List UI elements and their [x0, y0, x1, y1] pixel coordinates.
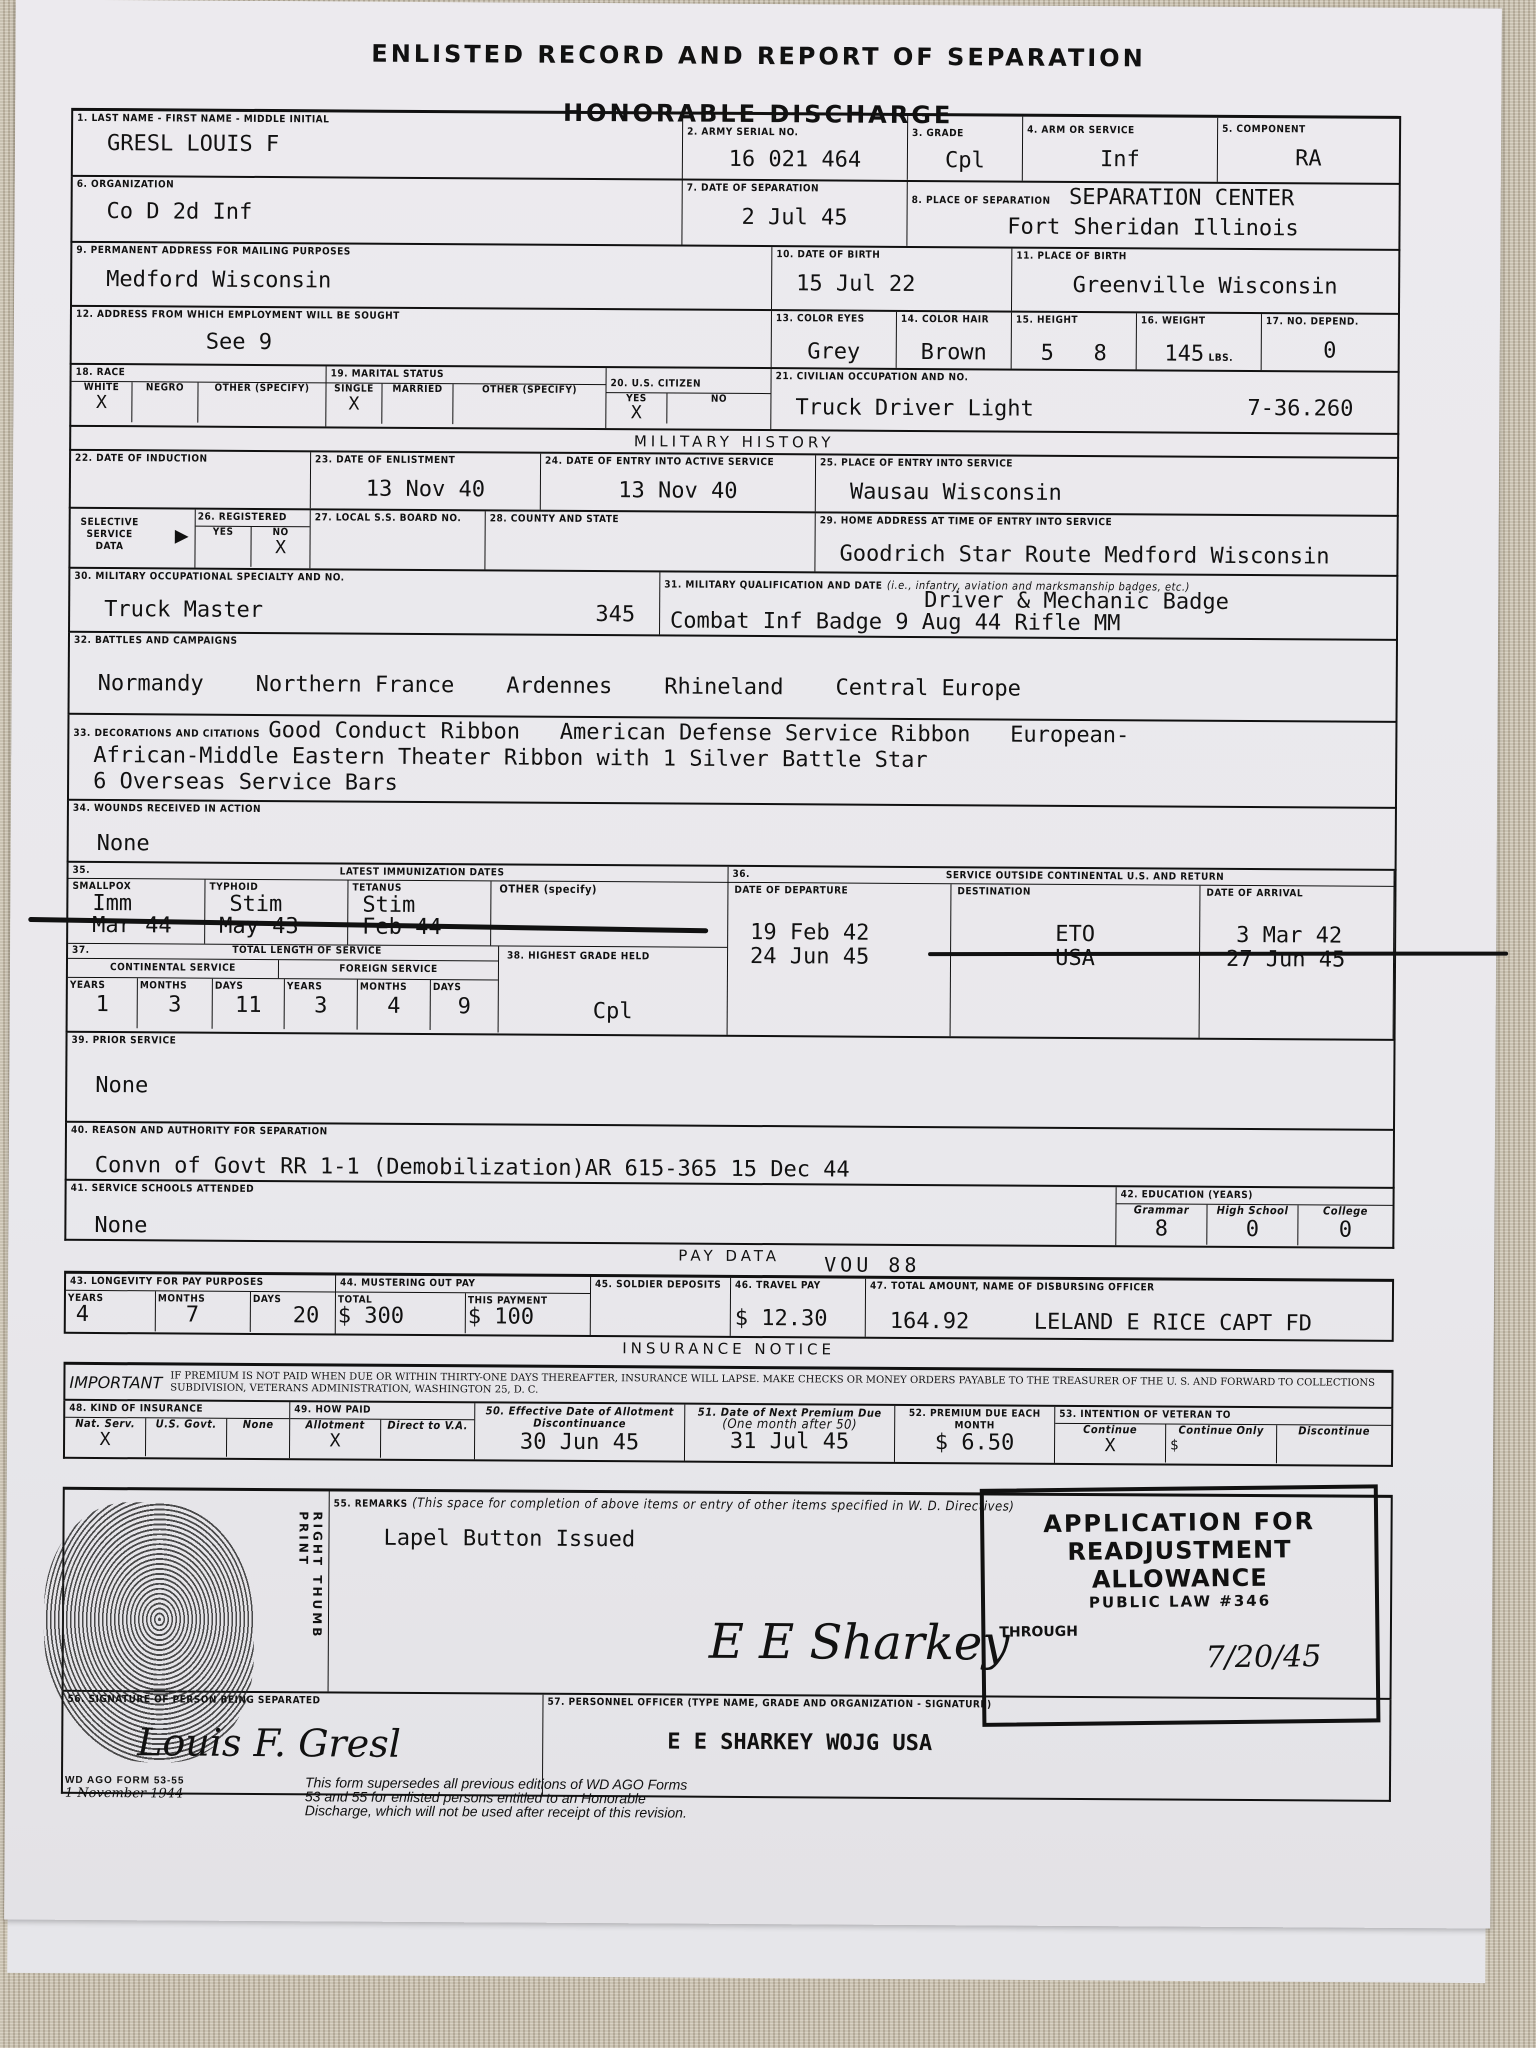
continental-months: MONTHS3: [138, 978, 213, 1028]
field-24-active-service: 24. Date of Entry into Active Service 13…: [541, 454, 816, 512]
supersedes-notice: This form supersedes all previous editio…: [305, 1775, 705, 1819]
field-39-prior-service: 39. Prior Service None: [67, 1033, 1394, 1129]
citizen-yes-option[interactable]: YESX: [606, 393, 667, 423]
row-military-3: 30. Military Occupational Specialty and …: [68, 569, 1398, 641]
intention-continue-only-option[interactable]: Continue Only$: [1166, 1425, 1277, 1464]
marital-single-option[interactable]: SINGLEX: [326, 383, 382, 423]
field-29-home-address: 29. Home Address at Time of Entry into S…: [815, 513, 1396, 575]
field-49-how-paid: 49. How Paid AllotmentX Direct to V.A.: [290, 1402, 475, 1459]
arrival-column: DATE OF ARRIVAL 3 Mar 42 27 Jun 45: [1200, 886, 1394, 1039]
veteran-signature: Louis F. Gresl: [137, 1720, 538, 1766]
registered-no-option[interactable]: NOX: [251, 527, 309, 567]
field-51-next-premium-due: 51. Date of Next Premium Due (One month …: [685, 1405, 895, 1462]
officer-signature: E E Sharkey: [709, 1614, 1010, 1672]
marital-married-option[interactable]: MARRIED: [382, 384, 453, 424]
field-28-county: 28. County and State: [485, 511, 815, 571]
readjustment-allowance-stamp: APPLICATION FOR READJUSTMENT ALLOWANCE P…: [980, 1484, 1381, 1726]
field-1-name: 1. Last Name - First Name - Middle Initi…: [73, 111, 683, 179]
intention-continue-option[interactable]: ContinueX: [1055, 1424, 1166, 1463]
typhoid-cell: TYPHOID Stim May 43: [205, 880, 348, 945]
field-42-education: 42. Education (Years) Grammar8 High Scho…: [1116, 1187, 1392, 1247]
field-22-induction: 22. Date of Induction: [71, 451, 311, 508]
field-40-reason: 40. Reason and Authority for Separation …: [67, 1123, 1393, 1187]
foreign-days: DAYS9: [431, 980, 498, 1030]
field-20-citizen: 20. U.S. Citizen YESX NO: [606, 368, 771, 429]
destination-column: DESTINATION ETO USA: [951, 884, 1201, 1038]
race-other-option[interactable]: OTHER (specify): [198, 383, 325, 424]
thumb-print-box: RIGHT THUMB PRINT: [64, 1490, 330, 1692]
pen-strike-line: [928, 952, 1508, 957]
field-41-service-schools: 41. Service Schools Attended None: [66, 1181, 1116, 1245]
row-schools-education: 41. Service Schools Attended None 42. Ed…: [64, 1181, 1394, 1249]
form-number: WD AGO FORM 53-55 1 November 1944: [65, 1775, 185, 1802]
arrow-right-icon: ▶: [175, 525, 189, 546]
field-16-weight: 16. Weight 145 LBS.: [1137, 313, 1262, 370]
row-identity-2: 6. Organization Co D 2d Inf 7. Date of S…: [70, 177, 1400, 251]
foreign-months: MONTHS4: [358, 980, 431, 1030]
insurance-none-option[interactable]: None: [227, 1419, 289, 1457]
education-college: College0: [1298, 1205, 1392, 1246]
field-43-longevity: 43. Longevity for Pay Purposes YEARS4 MO…: [66, 1274, 336, 1334]
field-18-race: 18. Race WHITEX NEGRO OTHER (specify): [71, 365, 326, 427]
registered-yes-option[interactable]: YES: [195, 527, 251, 567]
field-34-wounds: 34. Wounds Received in Action None: [69, 801, 1395, 869]
row-military-2: SELECTIVE SERVICE DATA ▶ 26. Registered …: [68, 509, 1398, 577]
row-prior-service: 39. Prior Service None: [65, 1033, 1396, 1131]
field-7-separation-date: 7. Date of Separation 2 Jul 45: [682, 181, 907, 246]
row-pay-data: 43. Longevity for Pay Purposes YEARS4 MO…: [64, 1271, 1394, 1342]
intention-discontinue-option[interactable]: Discontinue: [1277, 1425, 1391, 1464]
tetanus-cell: TETANUS Stim Feb 44: [348, 881, 491, 946]
row-identity-4: 12. Address from which Employment will b…: [70, 307, 1400, 373]
field-27-board: 27. Local S.S. Board No.: [310, 510, 485, 569]
row-decorations: 33. Decorations and Citations Good Condu…: [67, 715, 1398, 809]
smallpox-cell: SMALLPOX Imm Mar 44: [68, 879, 205, 944]
field-25-place-of-entry: 25. Place of Entry into Service Wausau W…: [816, 455, 1397, 515]
campaign-item: Rhineland: [664, 674, 783, 701]
field-52-premium-due: 52. Premium Due Each Month $ 6.50: [895, 1406, 1055, 1463]
campaign-item: Central Europe: [835, 675, 1021, 702]
document-title: ENLISTED RECORD AND REPORT OF SEPARATION: [15, 37, 1501, 74]
field-50-allotment-discontinuance: 50. Effective Date of Allotment Disconti…: [475, 1403, 685, 1460]
field-21-occupation: 21. Civilian Occupation and No. Truck Dr…: [771, 369, 1397, 433]
field-13-eyes: 13. Color Eyes Grey: [772, 311, 897, 368]
row-battles: 32. Battles and Campaigns Normandy North…: [68, 633, 1398, 723]
continental-years: YEARS1: [68, 978, 138, 1028]
insurance-nat-serv-option[interactable]: Nat. Serv.X: [65, 1418, 146, 1456]
thumb-print-label: RIGHT THUMB PRINT: [296, 1511, 325, 1691]
field-31-qualification: 31. Military Qualification and Date (i.e…: [660, 572, 1396, 638]
continental-days: DAYS11: [213, 979, 285, 1029]
field-45-soldier-deposits: 45. Soldier Deposits: [591, 1277, 731, 1336]
insurance-us-govt-option[interactable]: U.S. Govt.: [146, 1418, 227, 1456]
field-48-kind-of-insurance: 48. Kind of Insurance Nat. Serv.X U.S. G…: [65, 1401, 290, 1458]
field-6-organization: 6. Organization Co D 2d Inf: [72, 177, 682, 245]
race-white-option[interactable]: WHITEX: [71, 382, 132, 422]
other-immunization-cell: OTHER (specify): [491, 881, 727, 946]
field-17-dependents: 17. No. Depend. 0: [1262, 314, 1398, 371]
voucher-note: VOU 88: [824, 1251, 920, 1278]
field-44-mustering-out-pay: 44. Mustering Out Pay TOTAL$ 300 THIS PA…: [336, 1275, 591, 1335]
row-military-1: 22. Date of Induction 23. Date of Enlist…: [69, 451, 1399, 517]
name-value: GRESL LOUIS F: [107, 131, 678, 160]
field-32-battles: 32. Battles and Campaigns Normandy North…: [70, 633, 1396, 721]
paid-allotment-option[interactable]: AllotmentX: [290, 1419, 381, 1458]
field-33-decorations: 33. Decorations and Citations Good Condu…: [69, 715, 1395, 807]
departure-column: DATE OF DEPARTURE 19 Feb 42 24 Jun 45: [728, 883, 952, 1036]
field-26-registered: 26. Registered YES NOX: [195, 510, 310, 569]
stamp-date: 7/20/45: [1205, 1639, 1321, 1675]
marital-other-option[interactable]: OTHER (specify): [453, 384, 605, 425]
field-9-address: 9. Permanent Address for Mailing Purpose…: [72, 243, 772, 309]
education-high-school: High School0: [1207, 1205, 1298, 1246]
field-4-arm: 4. Arm or Service Inf: [1023, 117, 1218, 182]
row-immunization-service: 35. LATEST IMMUNIZATION DATES SMALLPOX I…: [66, 863, 1397, 1041]
insurance-important-notice: IMPORTANT IF PREMIUM IS NOT PAID WHEN DU…: [65, 1365, 1391, 1407]
field-23-enlistment: 23. Date of Enlistment 13 Nov 40: [311, 452, 541, 509]
field-19-marital-status: 19. Marital Status SINGLEX MARRIED OTHER…: [326, 366, 606, 428]
field-11-birth-place: 11. Place of Birth Greenville Wisconsin: [1012, 249, 1398, 313]
row-wounds: 34. Wounds Received in Action None: [67, 801, 1397, 871]
row-identity-3: 9. Permanent Address for Mailing Purpose…: [70, 243, 1400, 315]
row-separation-reason: 40. Reason and Authority for Separation …: [65, 1123, 1395, 1189]
field-38-highest-grade: 38. Highest Grade Held Cpl: [499, 946, 728, 1033]
field-2-serial: 2. Army Serial No. 16 021 464: [683, 115, 908, 180]
field-37-length-of-service: 37. TOTAL LENGTH OF SERVICE CONTINENTAL …: [68, 944, 500, 1033]
education-grammar: Grammar8: [1116, 1204, 1207, 1245]
row-identity-5: 18. Race WHITEX NEGRO OTHER (specify) 19…: [69, 365, 1399, 435]
field-10-birth-date: 10. Date of Birth 15 Jul 22: [772, 247, 1012, 310]
field-15-height: 15. Height 5 8: [1012, 313, 1137, 370]
immunization-and-length-block: 35. LATEST IMMUNIZATION DATES SMALLPOX I…: [68, 863, 729, 1035]
field-5-component: 5. Component RA: [1218, 118, 1399, 183]
field-8-place-of-separation: 8. Place of Separation SEPARATION CENTER…: [907, 182, 1398, 249]
row-insurance: 48. Kind of Insurance Nat. Serv.X U.S. G…: [63, 1401, 1393, 1467]
campaign-item: Northern France: [256, 672, 455, 699]
discharge-document: ENLISTED RECORD AND REPORT OF SEPARATION…: [4, 0, 1502, 1929]
paid-direct-va-option[interactable]: Direct to V.A.: [381, 1420, 474, 1459]
field-47-total-amount: 47. Total Amount, Name of Disbursing Off…: [866, 1279, 1392, 1340]
foreign-years: YEARS3: [285, 979, 358, 1029]
field-30-mos: 30. Military Occupational Specialty and …: [70, 569, 660, 635]
row-identity-1: 1. Last Name - First Name - Middle Initi…: [71, 108, 1401, 185]
race-negro-option[interactable]: NEGRO: [132, 382, 198, 422]
field-35-immunizations: SMALLPOX Imm Mar 44 TYPHOID Stim May 43 …: [68, 879, 727, 948]
selective-service-label: SELECTIVE SERVICE DATA ▶: [70, 509, 195, 568]
field-14-hair: 14. Color Hair Brown: [897, 312, 1012, 369]
field-12-employment-address: 12. Address from which Employment will b…: [72, 307, 772, 367]
field-46-travel-pay: 46. Travel Pay $ 12.30: [731, 1278, 866, 1337]
field-53-intention: 53. Intention of Veteran to ContinueX Co…: [1055, 1407, 1391, 1465]
campaign-item: Normandy: [98, 671, 204, 698]
campaign-item: Ardennes: [506, 673, 612, 700]
citizen-no-option[interactable]: NO: [667, 393, 770, 424]
field-3-grade: 3. Grade Cpl: [908, 116, 1023, 181]
